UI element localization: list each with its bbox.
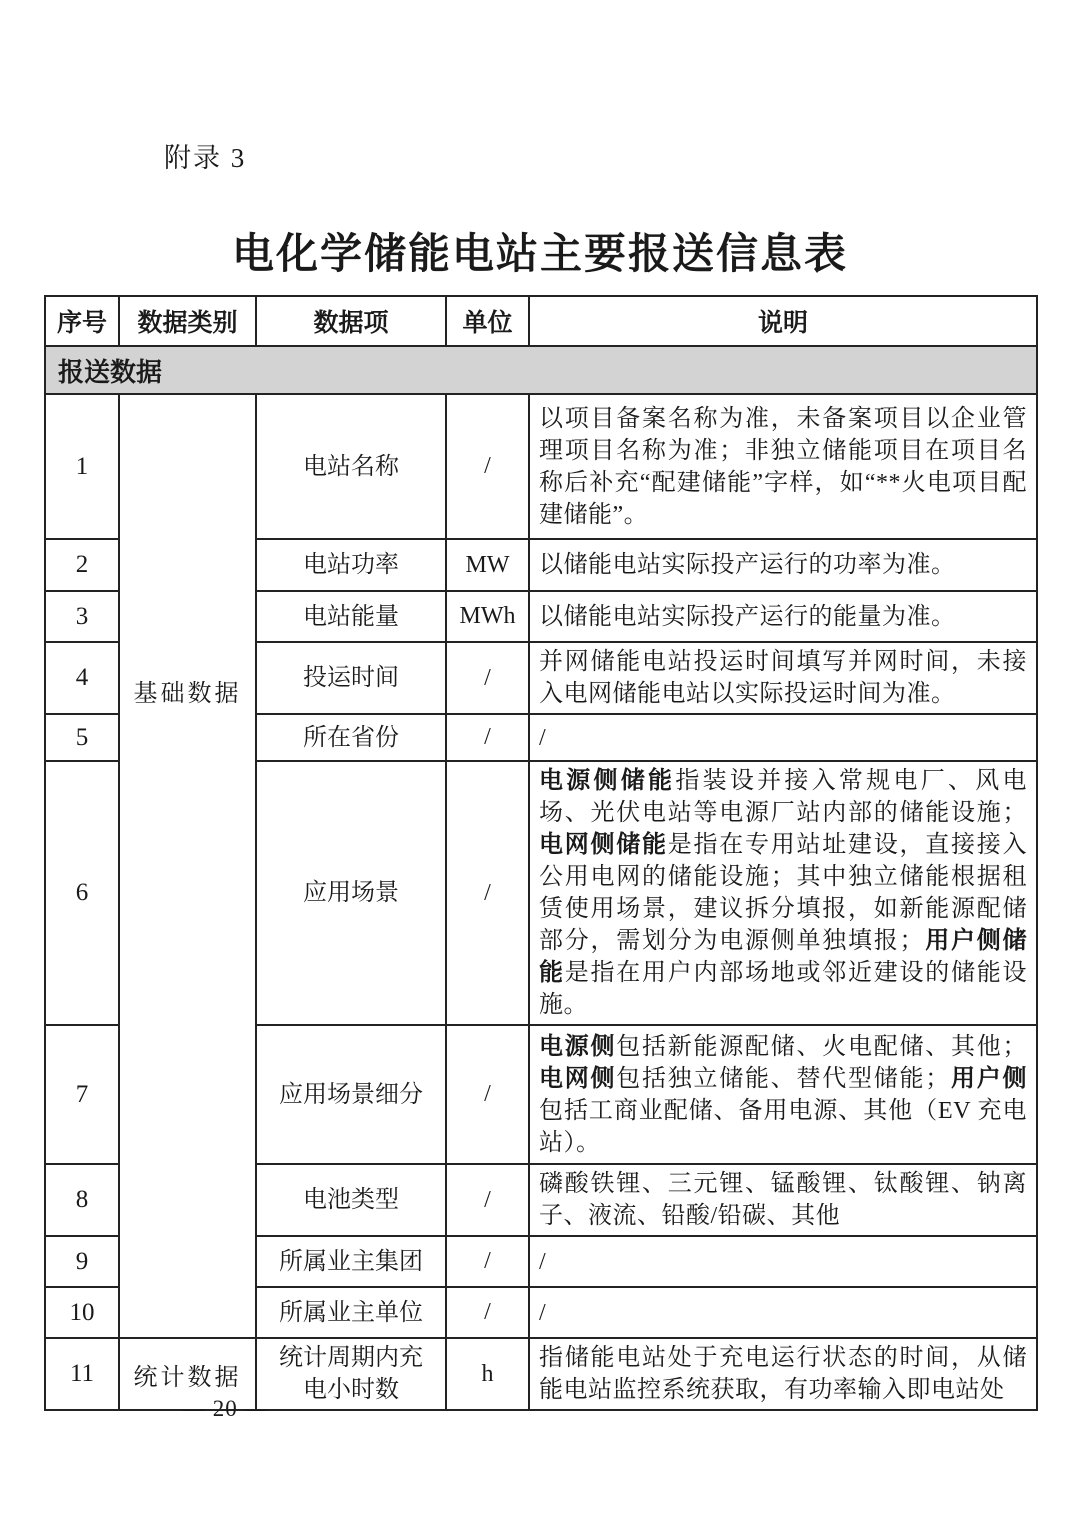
cell-description: 电源侧储能指装设并接入常规电厂、风电场、光伏电站等电源厂站内部的储能设施；电网侧… <box>529 761 1037 1025</box>
table-header: 序号 数据类别 数据项 单位 说明 <box>45 296 1037 346</box>
cell-serial: 6 <box>45 761 119 1025</box>
appendix-label: 附录 3 <box>164 136 246 175</box>
cell-item: 统计周期内充电小时数 <box>256 1338 446 1410</box>
description-text: 以储能电站实际投产运行的能量为准。 <box>539 604 956 630</box>
cell-description: 并网储能电站投运时间填写并网时间，未接入电网储能电站以实际投运时间为准。 <box>529 642 1037 714</box>
cell-serial: 11 <box>45 1338 119 1410</box>
description-text: 以储能电站实际投产运行的功率为准。 <box>539 552 956 578</box>
col-header-item: 数据项 <box>256 296 446 346</box>
cell-unit: h <box>446 1338 529 1410</box>
description-text: 以项目备案名称为准，未备案项目以企业管理项目名称为准；非独立储能项目在项目名称后… <box>539 406 1027 528</box>
cell-unit: / <box>446 642 529 714</box>
cell-serial: 1 <box>45 394 119 539</box>
description-bold-text: 用户侧 <box>950 1066 1027 1092</box>
cell-item: 应用场景细分 <box>256 1025 446 1164</box>
section-header-label: 报送数据 <box>45 346 1037 394</box>
col-header-unit: 单位 <box>446 296 529 346</box>
cell-description: 以项目备案名称为准，未备案项目以企业管理项目名称为准；非独立储能项目在项目名称后… <box>529 394 1037 539</box>
cell-item: 电池类型 <box>256 1164 446 1236</box>
cell-unit: / <box>446 1164 529 1236</box>
cell-description: 磷酸铁锂、三元锂、锰酸锂、钛酸锂、钠离子、液流、铅酸/铅碳、其他 <box>529 1164 1037 1236</box>
cell-item: 电站功率 <box>256 539 446 591</box>
col-header-description: 说明 <box>529 296 1037 346</box>
cell-unit: MW <box>446 539 529 591</box>
cell-unit: / <box>446 1236 529 1287</box>
description-text: 磷酸铁锂、三元锂、锰酸锂、钛酸锂、钠离子、液流、铅酸/铅碳、其他 <box>539 1171 1027 1229</box>
cell-serial: 7 <box>45 1025 119 1164</box>
document-page: 附录 3 电化学储能电站主要报送信息表 序号 数据类别 数据项 单位 说明 报送… <box>0 0 1080 1527</box>
description-bold-text: 电源侧 <box>539 1034 616 1060</box>
cell-item: 电站名称 <box>256 394 446 539</box>
cell-serial: 10 <box>45 1287 119 1338</box>
cell-unit: / <box>446 761 529 1025</box>
description-text: 并网储能电站投运时间填写并网时间，未接入电网储能电站以实际投运时间为准。 <box>539 649 1027 707</box>
cell-item: 所属业主单位 <box>256 1287 446 1338</box>
cell-description: 指储能电站处于充电运行状态的时间，从储能电站监控系统获取，有功率输入即电站处 <box>529 1338 1037 1410</box>
description-text: 包括独立储能、替代型储能； <box>616 1066 950 1092</box>
cell-unit: MWh <box>446 591 529 642</box>
header-row: 序号 数据类别 数据项 单位 说明 <box>45 296 1037 346</box>
section-header-row: 报送数据 <box>45 346 1037 394</box>
cell-serial: 2 <box>45 539 119 591</box>
col-header-serial: 序号 <box>45 296 119 346</box>
cell-item: 所在省份 <box>256 714 446 761</box>
cell-item: 投运时间 <box>256 642 446 714</box>
cell-description: 以储能电站实际投产运行的功率为准。 <box>529 539 1037 591</box>
description-text: 包括工商业配储、备用电源、其他（EV 充电站）。 <box>539 1098 1027 1156</box>
cell-description: 以储能电站实际投产运行的能量为准。 <box>529 591 1037 642</box>
description-bold-text: 电网侧 <box>539 1066 616 1092</box>
cell-description: / <box>529 714 1037 761</box>
cell-item: 应用场景 <box>256 761 446 1025</box>
cell-serial: 3 <box>45 591 119 642</box>
description-bold-text: 电网侧储能 <box>539 832 668 858</box>
description-bold-text: 电源侧储能 <box>539 768 675 794</box>
cell-description: / <box>529 1287 1037 1338</box>
page-number: — 20 — <box>182 1396 269 1422</box>
cell-serial: 5 <box>45 714 119 761</box>
cell-unit: / <box>446 714 529 761</box>
table-row: 1 基础数据 电站名称 / 以项目备案名称为准，未备案项目以企业管理项目名称为准… <box>45 394 1037 539</box>
cell-serial: 8 <box>45 1164 119 1236</box>
description-text: 包括新能源配储、火电配储、其他； <box>616 1034 1027 1060</box>
cell-serial: 9 <box>45 1236 119 1287</box>
description-text: 是指在用户内部场地或邻近建设的储能设施。 <box>539 960 1027 1018</box>
cell-serial: 4 <box>45 642 119 714</box>
report-info-table: 序号 数据类别 数据项 单位 说明 报送数据 1 基础数据 电站名称 / 以项目… <box>44 295 1038 1411</box>
description-text: 指储能电站处于充电运行状态的时间，从储能电站监控系统获取，有功率输入即电站处 <box>539 1345 1027 1403</box>
cell-category-basic-data: 基础数据 <box>119 394 256 1338</box>
cell-item: 电站能量 <box>256 591 446 642</box>
cell-description: 电源侧包括新能源配储、火电配储、其他；电网侧包括独立储能、替代型储能；用户侧包括… <box>529 1025 1037 1164</box>
cell-description: / <box>529 1236 1037 1287</box>
description-text: / <box>539 725 546 751</box>
table-body: 报送数据 1 基础数据 电站名称 / 以项目备案名称为准，未备案项目以企业管理项… <box>45 346 1037 1410</box>
cell-unit: / <box>446 1287 529 1338</box>
description-text: / <box>539 1300 546 1326</box>
cell-unit: / <box>446 1025 529 1164</box>
description-text: / <box>539 1249 546 1275</box>
col-header-category: 数据类别 <box>119 296 256 346</box>
cell-unit: / <box>446 394 529 539</box>
page-title: 电化学储能电站主要报送信息表 <box>0 221 1080 281</box>
cell-item: 所属业主集团 <box>256 1236 446 1287</box>
